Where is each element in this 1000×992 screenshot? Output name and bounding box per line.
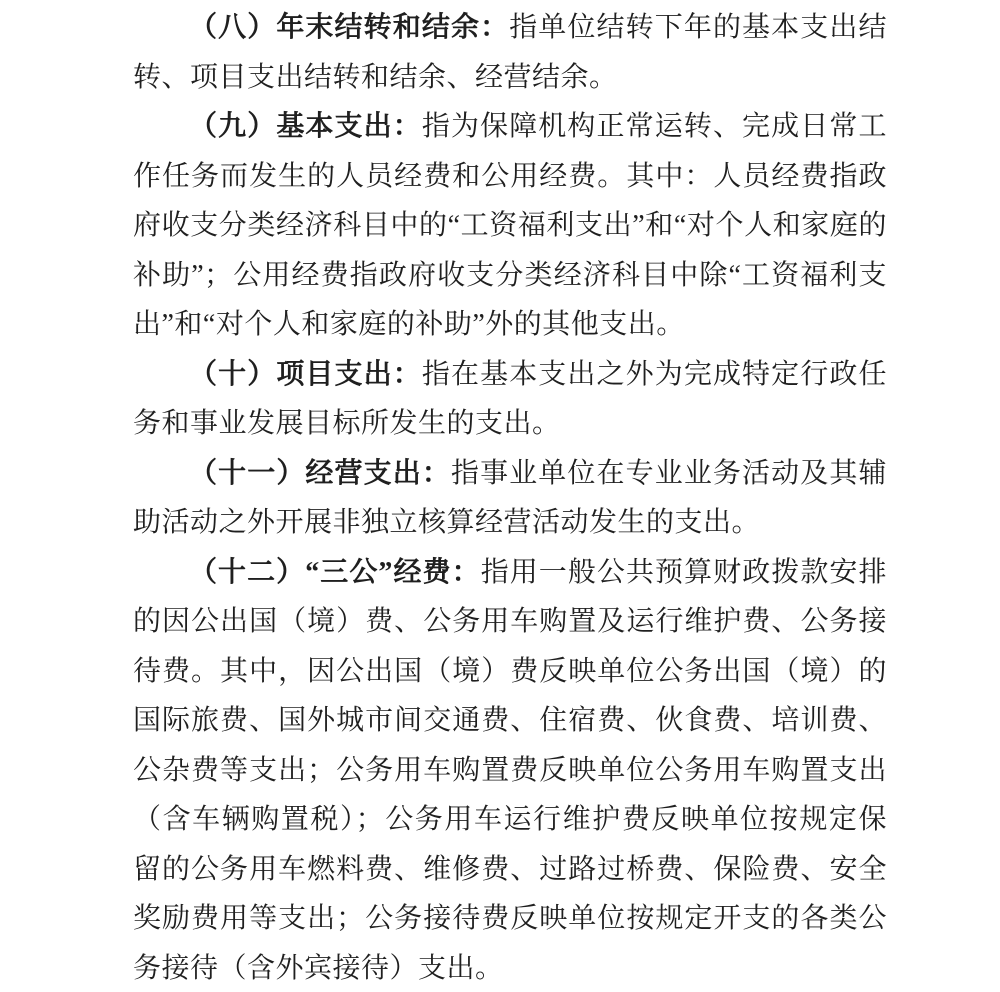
definition-paragraph-8: （八）年末结转和结余：指单位结转下年的基本支出结转、项目支出结转和结余、经营结余… [133,3,887,102]
definition-paragraph-10: （十）项目支出：指在基本支出之外为完成特定行政任务和事业发展目标所发生的支出。 [133,350,887,449]
definition-paragraph-12: （十二）“三公”经费：指用一般公共预算财政拨款安排的因公出国（境）费、公务用车购… [133,548,887,992]
definition-body: 指为保障机构正常运转、完成日常工作任务而发生的人员经费和公用经费。其中：人员经费… [133,111,887,340]
definition-term: （十二）“三公”经费： [189,557,481,588]
document-body: （八）年末结转和结余：指单位结转下年的基本支出结转、项目支出结转和结余、经营结余… [133,3,887,992]
definition-term: （十）项目支出： [189,359,422,390]
definition-paragraph-9: （九）基本支出：指为保障机构正常运转、完成日常工作任务而发生的人员经费和公用经费… [133,102,887,350]
definition-term: （十一）经营支出： [189,458,451,489]
document-page: （八）年末结转和结余：指单位结转下年的基本支出结转、项目支出结转和结余、经营结余… [0,0,1000,992]
definition-term: （八）年末结转和结余： [189,12,509,43]
definition-body: 指用一般公共预算财政拨款安排的因公出国（境）费、公务用车购置及运行维护费、公务接… [133,557,887,984]
definition-paragraph-11: （十一）经营支出：指事业单位在专业业务活动及其辅助活动之外开展非独立核算经营活动… [133,449,887,548]
definition-term: （九）基本支出： [189,111,422,142]
